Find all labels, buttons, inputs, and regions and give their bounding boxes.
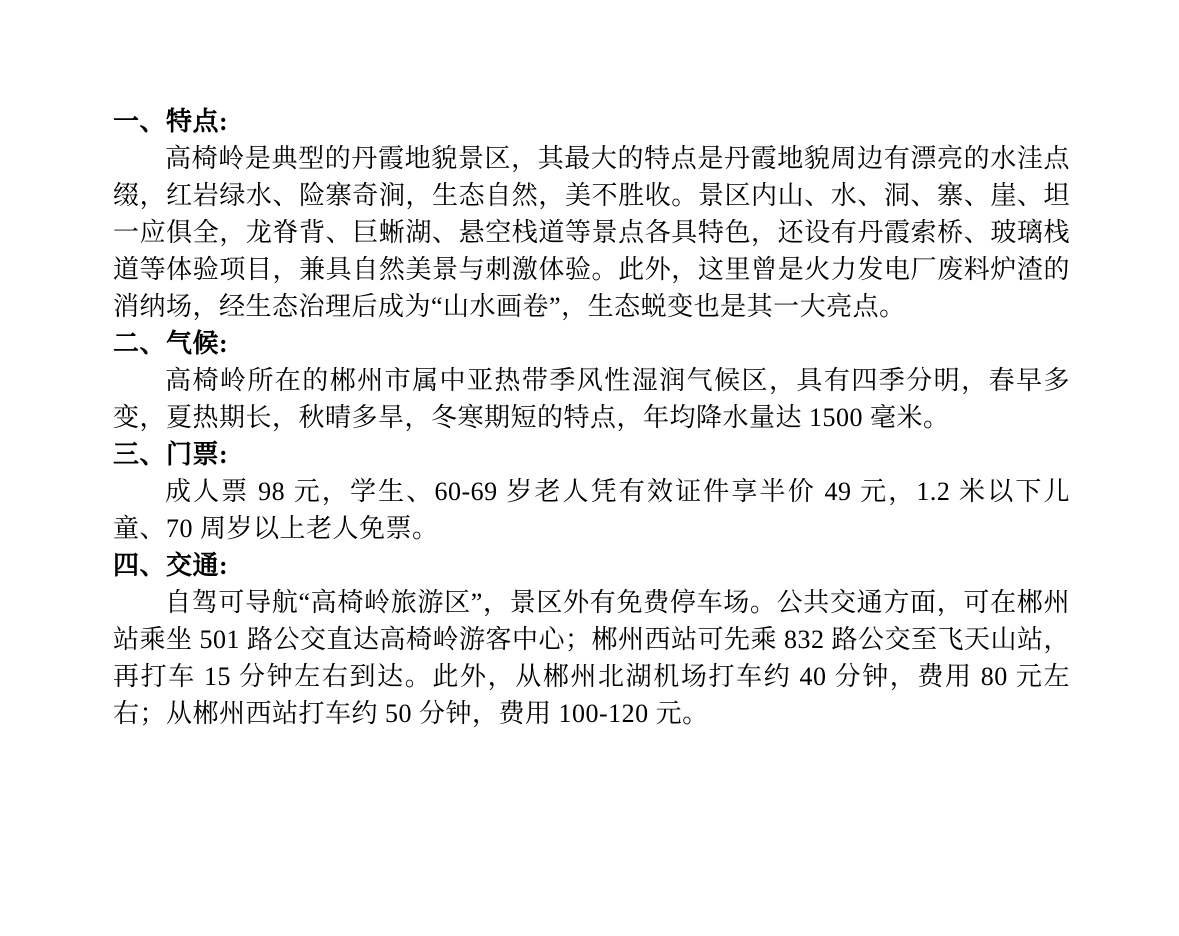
section-features: 一、特点: 高椅岭是典型的丹霞地貌景区，其最大的特点是丹霞地貌周边有漂亮的水洼点… — [113, 103, 1070, 325]
section-tickets: 三、门票: 成人票 98 元，学生、60-69 岁老人凭有效证件享半价 49 元… — [113, 436, 1070, 547]
section-transport-paragraph: 自驾可导航“高椅岭旅游区”，景区外有免费停车场。公共交通方面，可在郴州站乘坐 5… — [113, 584, 1070, 732]
section-climate-heading: 二、气候: — [113, 325, 1070, 362]
section-features-heading: 一、特点: — [113, 103, 1070, 140]
section-tickets-heading: 三、门票: — [113, 436, 1070, 473]
section-transport-heading: 四、交通: — [113, 547, 1070, 584]
section-features-paragraph: 高椅岭是典型的丹霞地貌景区，其最大的特点是丹霞地貌周边有漂亮的水洼点缀，红岩绿水… — [113, 140, 1070, 325]
document-page: 一、特点: 高椅岭是典型的丹霞地貌景区，其最大的特点是丹霞地貌周边有漂亮的水洼点… — [113, 103, 1070, 732]
section-tickets-paragraph: 成人票 98 元，学生、60-69 岁老人凭有效证件享半价 49 元，1.2 米… — [113, 473, 1070, 547]
section-climate: 二、气候: 高椅岭所在的郴州市属中亚热带季风性湿润气候区，具有四季分明，春早多变… — [113, 325, 1070, 436]
section-transport: 四、交通: 自驾可导航“高椅岭旅游区”，景区外有免费停车场。公共交通方面，可在郴… — [113, 547, 1070, 732]
section-climate-paragraph: 高椅岭所在的郴州市属中亚热带季风性湿润气候区，具有四季分明，春早多变，夏热期长，… — [113, 362, 1070, 436]
